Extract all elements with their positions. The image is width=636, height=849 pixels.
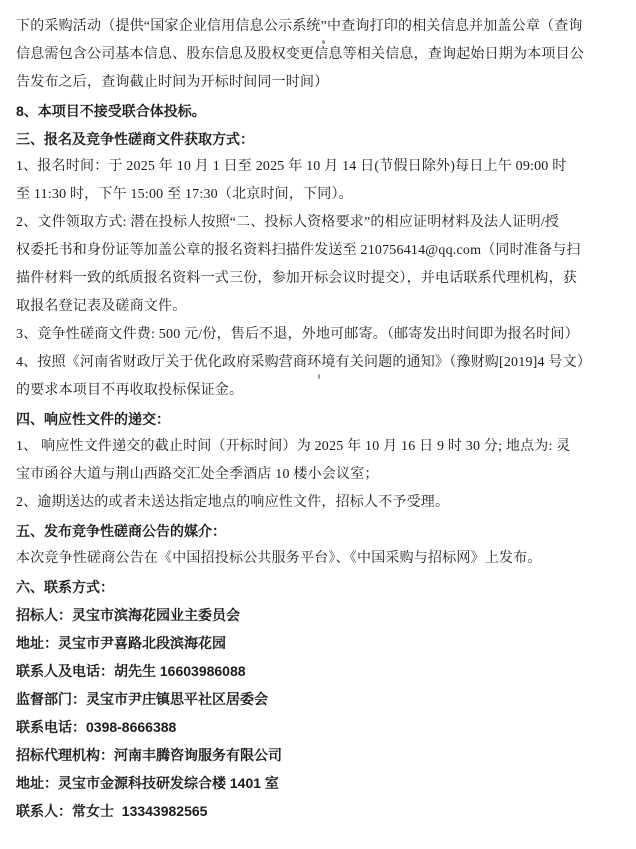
text-line: 告发布之后，查询截止时间为开标时间同一时间） xyxy=(16,69,596,97)
text-line: 地址：灵宝市尹喜路北段滨海花园 xyxy=(16,629,596,657)
text-line: 联系人：常女士 13343982565 xyxy=(16,797,596,825)
text-line: 宝市函谷大道与荆山西路交汇处全季酒店 10 楼小会议室； xyxy=(16,461,596,489)
text-line: 联系人及电话：胡先生 16603986088 xyxy=(16,657,596,685)
scan-artifact xyxy=(318,374,320,379)
text-line: 监督部门：灵宝市尹庄镇思平社区居委会 xyxy=(16,685,596,713)
text-line: 4、按照《河南省财政厅关于优化政府采购营商环境有关问题的通知》（豫财购[2019… xyxy=(16,349,596,377)
text-line: 下的采购活动（提供“国家企业信用信息公示系统”中查询打印的相关信息并加盖公章（查… xyxy=(16,13,596,41)
text-line: 1、报名时间：于 2025 年 10 月 1 日至 2025 年 10 月 14… xyxy=(16,153,596,181)
text-line: 描件材料一致的纸质报名资料一式三份，参加开标会议时提交），并电话联系代理机构，获 xyxy=(16,265,596,293)
text-line: 至 11:30 时，下午 15:00 至 17:30（北京时间，下同）。 xyxy=(16,181,596,209)
text-line: 1、 响应性文件递交的截止时间（开标时间）为 2025 年 10 月 16 日 … xyxy=(16,433,596,461)
text-line: 五、发布竞争性磋商公告的媒介： xyxy=(16,517,596,545)
text-line: 3、竞争性磋商文件费: 500 元/份，售后不退，外地可邮寄。（邮寄发出时间即为… xyxy=(16,321,596,349)
text-line: 六、联系方式： xyxy=(16,573,596,601)
text-line: 的要求本项目不再收取投标保证金。 xyxy=(16,377,596,405)
text-line: 本次竞争性磋商公告在《中国招投标公共服务平台》、《中国采购与招标网》上发布。 xyxy=(16,545,596,573)
text-line: 权委托书和身份证等加盖公章的报名资料扫描件发送至 210756414@qq.co… xyxy=(16,237,596,265)
text-line: 地址：灵宝市金源科技研发综合楼 1401 室 xyxy=(16,769,596,797)
document-body: 下的采购活动（提供“国家企业信用信息公示系统”中查询打印的相关信息并加盖公章（查… xyxy=(0,0,636,825)
text-line: 招标人：灵宝市滨海花园业主委员会 xyxy=(16,601,596,629)
text-line: 8、本项目不接受联合体投标。 xyxy=(16,97,596,125)
text-line: 2、逾期送达的或者未送达指定地点的响应性文件，招标人不予受理。 xyxy=(16,489,596,517)
text-line: 信息需包含公司基本信息、股东信息及股权变更信息等相关信息，查询起始日期为本项目公 xyxy=(16,41,596,69)
text-line: 联系电话：0398-8666388 xyxy=(16,713,596,741)
text-line: 四、响应性文件的递交： xyxy=(16,405,596,433)
text-line: 2、文件领取方式: 潜在投标人按照“二、投标人资格要求”的相应证明材料及法人证明… xyxy=(16,209,596,237)
document-page: 下的采购活动（提供“国家企业信用信息公示系统”中查询打印的相关信息并加盖公章（查… xyxy=(0,0,636,849)
scan-artifact xyxy=(322,40,325,44)
text-line: 招标代理机构：河南丰腾咨询服务有限公司 xyxy=(16,741,596,769)
text-line: 三、报名及竞争性磋商文件获取方式： xyxy=(16,125,596,153)
text-line: 取报名登记表及磋商文件。 xyxy=(16,293,596,321)
